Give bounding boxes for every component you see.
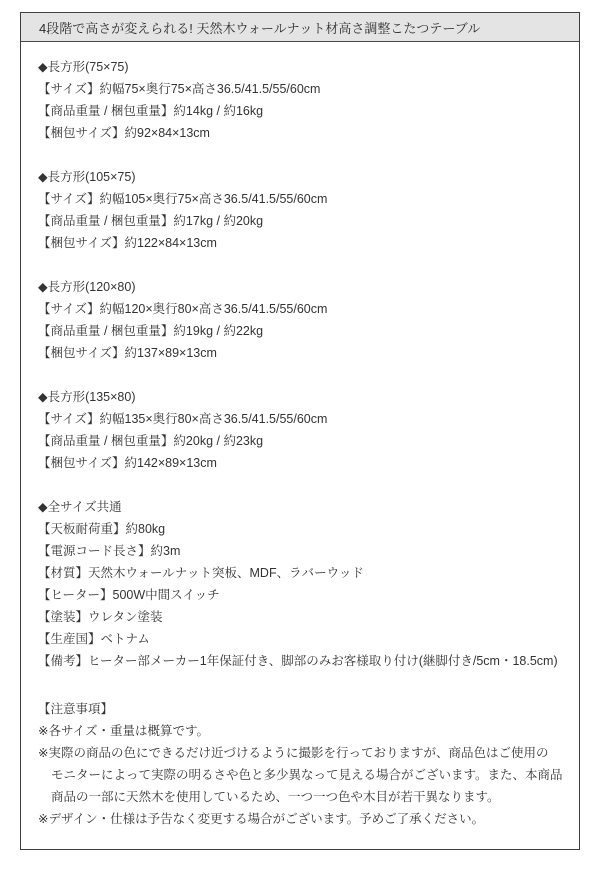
spec-section-120x80: ◆長方形(120×80) 【サイズ】約幅120×奥行80×高さ36.5/41.5… xyxy=(38,276,563,364)
section-heading: ◆長方形(120×80) xyxy=(38,276,563,298)
spec-package-line: 【梱包サイズ】約122×84×13cm xyxy=(38,232,563,254)
note-line: ※実際の商品の色にできるだけ近づけるように撮影を行っておりますが、商品色はご使用… xyxy=(38,742,563,764)
spec-weight-line: 【商品重量 / 梱包重量】約17kg / 約20kg xyxy=(38,210,563,232)
section-heading: ◆長方形(105×75) xyxy=(38,166,563,188)
note-line: ※デザイン・仕様は予告なく変更する場合がございます。予めご了承ください。 xyxy=(38,808,563,830)
spec-section-75x75: ◆長方形(75×75) 【サイズ】約幅75×奥行75×高さ36.5/41.5/5… xyxy=(38,56,563,144)
note-line: ※各サイズ・重量は概算です。 xyxy=(38,720,563,742)
section-heading: ◆長方形(135×80) xyxy=(38,386,563,408)
spec-cord-length-line: 【電源コード長さ】約3m xyxy=(38,540,563,562)
spec-section-common: ◆全サイズ共通 【天板耐荷重】約80kg 【電源コード長さ】約3m 【材質】天然… xyxy=(38,496,563,672)
product-spec-sheet: 4段階で高さが変えられる! 天然木ウォールナット材高さ調整こたつテーブル ◆長方… xyxy=(20,12,580,850)
spec-weight-line: 【商品重量 / 梱包重量】約20kg / 約23kg xyxy=(38,430,563,452)
spec-size-line: 【サイズ】約幅75×奥行75×高さ36.5/41.5/55/60cm xyxy=(38,78,563,100)
spec-material-line: 【材質】天然木ウォールナット突板、MDF、ラバーウッド xyxy=(38,562,563,584)
spec-size-line: 【サイズ】約幅135×奥行80×高さ36.5/41.5/55/60cm xyxy=(38,408,563,430)
spec-package-line: 【梱包サイズ】約92×84×13cm xyxy=(38,122,563,144)
note-line-wrap: モニターによって実際の明るさや色と多少異なって見える場合がございます。また、本商… xyxy=(38,764,563,786)
section-heading: ◆長方形(75×75) xyxy=(38,56,563,78)
product-title: 4段階で高さが変えられる! 天然木ウォールナット材高さ調整こたつテーブル xyxy=(39,18,480,37)
spec-section-135x80: ◆長方形(135×80) 【サイズ】約幅135×奥行80×高さ36.5/41.5… xyxy=(38,386,563,474)
spec-coating-line: 【塗装】ウレタン塗装 xyxy=(38,606,563,628)
note-line-wrap: 商品の一部に天然木を使用しているため、一つ一つ色や木目が若干異なります。 xyxy=(38,786,563,808)
spec-remarks-line: 【備考】ヒーター部メーカー1年保証付き、脚部のみお客様取り付け(継脚付き/5cm… xyxy=(38,650,563,672)
spec-package-line: 【梱包サイズ】約137×89×13cm xyxy=(38,342,563,364)
section-heading: ◆全サイズ共通 xyxy=(38,496,563,518)
spec-size-line: 【サイズ】約幅120×奥行80×高さ36.5/41.5/55/60cm xyxy=(38,298,563,320)
spec-country-line: 【生産国】ベトナム xyxy=(38,628,563,650)
spec-sheet-body: ◆長方形(75×75) 【サイズ】約幅75×奥行75×高さ36.5/41.5/5… xyxy=(21,42,579,846)
spec-weight-line: 【商品重量 / 梱包重量】約14kg / 約16kg xyxy=(38,100,563,122)
spec-package-line: 【梱包サイズ】約142×89×13cm xyxy=(38,452,563,474)
spec-weight-line: 【商品重量 / 梱包重量】約19kg / 約22kg xyxy=(38,320,563,342)
notes-heading: 【注意事項】 xyxy=(38,698,563,720)
spec-size-line: 【サイズ】約幅105×奥行75×高さ36.5/41.5/55/60cm xyxy=(38,188,563,210)
spec-heater-line: 【ヒーター】500W中間スイッチ xyxy=(38,584,563,606)
spec-load-capacity-line: 【天板耐荷重】約80kg xyxy=(38,518,563,540)
spec-sheet-title-bar: 4段階で高さが変えられる! 天然木ウォールナット材高さ調整こたつテーブル xyxy=(21,13,579,42)
spec-section-105x75: ◆長方形(105×75) 【サイズ】約幅105×奥行75×高さ36.5/41.5… xyxy=(38,166,563,254)
notes-section: 【注意事項】 ※各サイズ・重量は概算です。 ※実際の商品の色にできるだけ近づける… xyxy=(38,698,563,830)
